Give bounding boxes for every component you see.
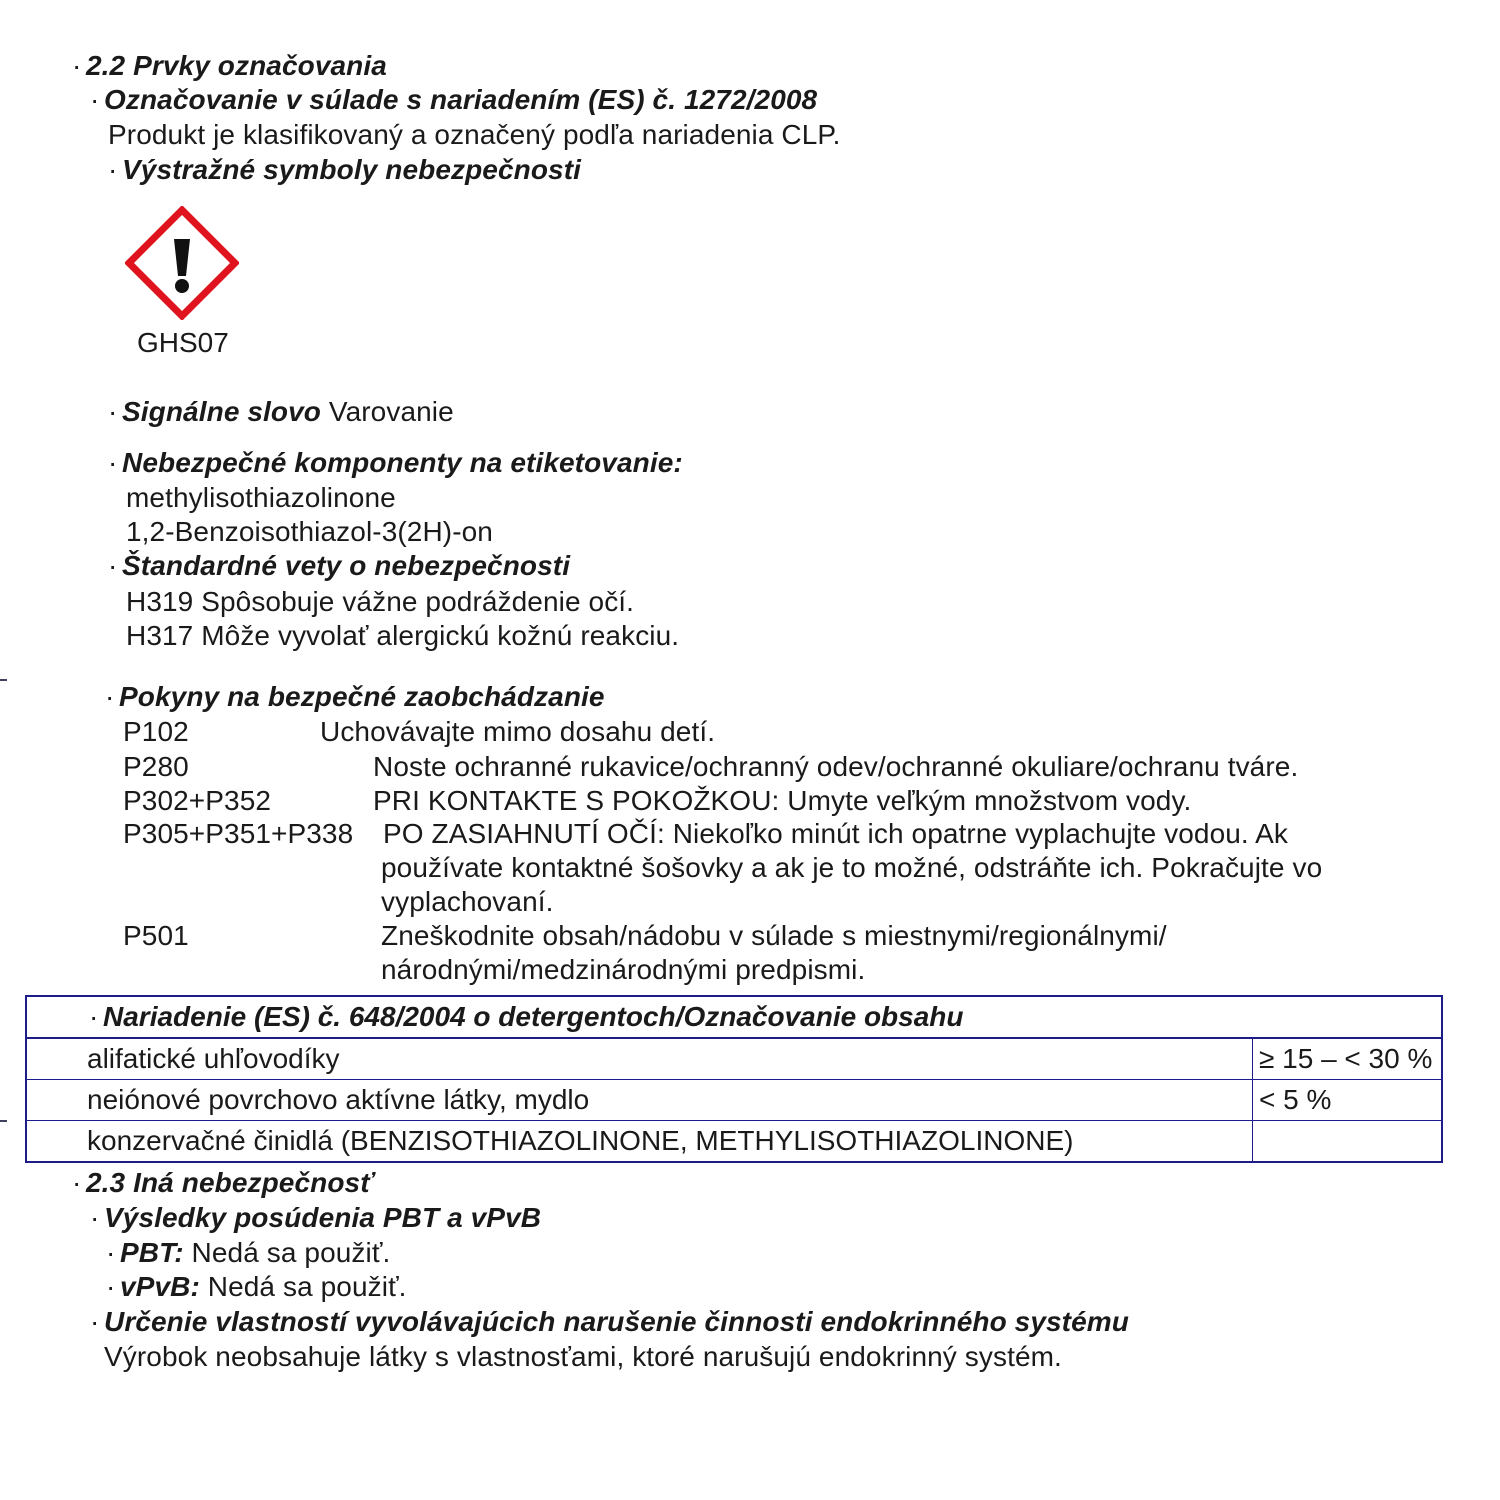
hazard-statements-heading: ·Štandardné vety o nebezpečnosti (108, 549, 570, 583)
signal-word-value: Varovanie (329, 396, 454, 427)
detergent-labelling-table: ·Nariadenie (ES) č. 648/2004 o detergent… (25, 995, 1443, 1163)
pbt-label: PBT: (120, 1237, 184, 1268)
endocrine-heading: ·Určenie vlastností vyvolávajúcich naruš… (90, 1305, 1129, 1339)
precautionary-code: P302+P352 (123, 784, 271, 818)
hazard-statement: H317 Môže vyvolať alergickú kožnú reakci… (126, 619, 679, 653)
precautionary-text: Uchovávajte mimo dosahu detí. (320, 715, 715, 749)
table-header-row: ·Nariadenie (ES) č. 648/2004 o detergent… (26, 996, 1442, 1038)
labelling-heading: ·Označovanie v súlade s nariadením (ES) … (90, 83, 817, 117)
precautionary-text: národnými/medzinárodnými predpismi. (381, 953, 865, 987)
pictogram-code: GHS07 (137, 326, 229, 360)
pictograms-heading: ·Výstražné symboly nebezpečnosti (108, 153, 581, 187)
precautionary-code: P280 (123, 750, 189, 784)
precautionary-text: PRI KONTAKTE S POKOŽKOU: Umyte veľkým mn… (373, 784, 1191, 818)
precautionary-heading: ·Pokyny na bezpečné zaobchádzanie (105, 680, 605, 714)
section-2-2-heading: ·2.2 Prvky označovania (72, 49, 387, 83)
ingredient-name: konzervačné činidlá (BENZISOTHIAZOLINONE… (26, 1121, 1253, 1163)
table-row: neiónové povrchovo aktívne látky, mydlo … (26, 1080, 1442, 1121)
precautionary-code: P501 (123, 919, 189, 953)
components-heading: ·Nebezpečné komponenty na etiketovanie: (108, 446, 683, 480)
vpvb-value: Nedá sa použiť. (208, 1271, 407, 1302)
ingredient-value: ≥ 15 – < 30 % (1253, 1038, 1443, 1080)
component-item: 1,2-Benzoisothiazol-3(2H)-on (126, 515, 493, 549)
section-2-3-heading: ·2.3 Iná nebezpečnosť (72, 1166, 374, 1200)
pbt-heading: ·Výsledky posúdenia PBT a vPvB (90, 1201, 541, 1235)
vpvb-result: ·vPvB: Nedá sa použiť. (106, 1270, 407, 1304)
precautionary-text: Noste ochranné rukavice/ochranný odev/oc… (373, 750, 1298, 784)
precautionary-code: P305+P351+P338 (123, 817, 353, 851)
exclamation-mark-diamond-icon (125, 206, 239, 320)
precautionary-text: PO ZASIAHNUTÍ OČÍ: Niekoľko minút ich op… (383, 817, 1288, 851)
precautionary-code: P102 (123, 715, 189, 749)
component-item: methylisothiazolinone (126, 481, 396, 515)
labelling-text: Produkt je klasifikovaný a označený podľ… (108, 118, 840, 152)
ingredient-value (1253, 1121, 1443, 1163)
ingredient-name: neiónové povrchovo aktívne látky, mydlo (26, 1080, 1253, 1121)
pbt-result: ·PBT: Nedá sa použiť. (106, 1236, 390, 1270)
signal-word-label: Signálne slovo (122, 396, 321, 427)
margin-mark (0, 679, 7, 681)
precautionary-text: Zneškodnite obsah/nádobu v súlade s mies… (381, 919, 1167, 953)
precautionary-text: používate kontaktné šošovky a ak je to m… (381, 851, 1322, 885)
table-heading: ·Nariadenie (ES) č. 648/2004 o detergent… (26, 996, 1442, 1038)
signal-word: ·Signálne slovo Varovanie (108, 395, 454, 429)
vpvb-label: vPvB: (120, 1271, 200, 1302)
hazard-statement: H319 Spôsobuje vážne podráždenie očí. (126, 585, 634, 619)
ingredient-name: alifatické uhľovodíky (26, 1038, 1253, 1080)
precautionary-text: vyplachovaní. (381, 885, 554, 919)
pbt-value: Nedá sa použiť. (192, 1237, 391, 1268)
endocrine-text: Výrobok neobsahuje látky s vlastnosťami,… (104, 1340, 1062, 1374)
margin-mark (0, 1120, 7, 1122)
table-row: konzervačné činidlá (BENZISOTHIAZOLINONE… (26, 1121, 1442, 1163)
ingredient-value: < 5 % (1253, 1080, 1443, 1121)
table-row: alifatické uhľovodíky ≥ 15 – < 30 % (26, 1038, 1442, 1080)
